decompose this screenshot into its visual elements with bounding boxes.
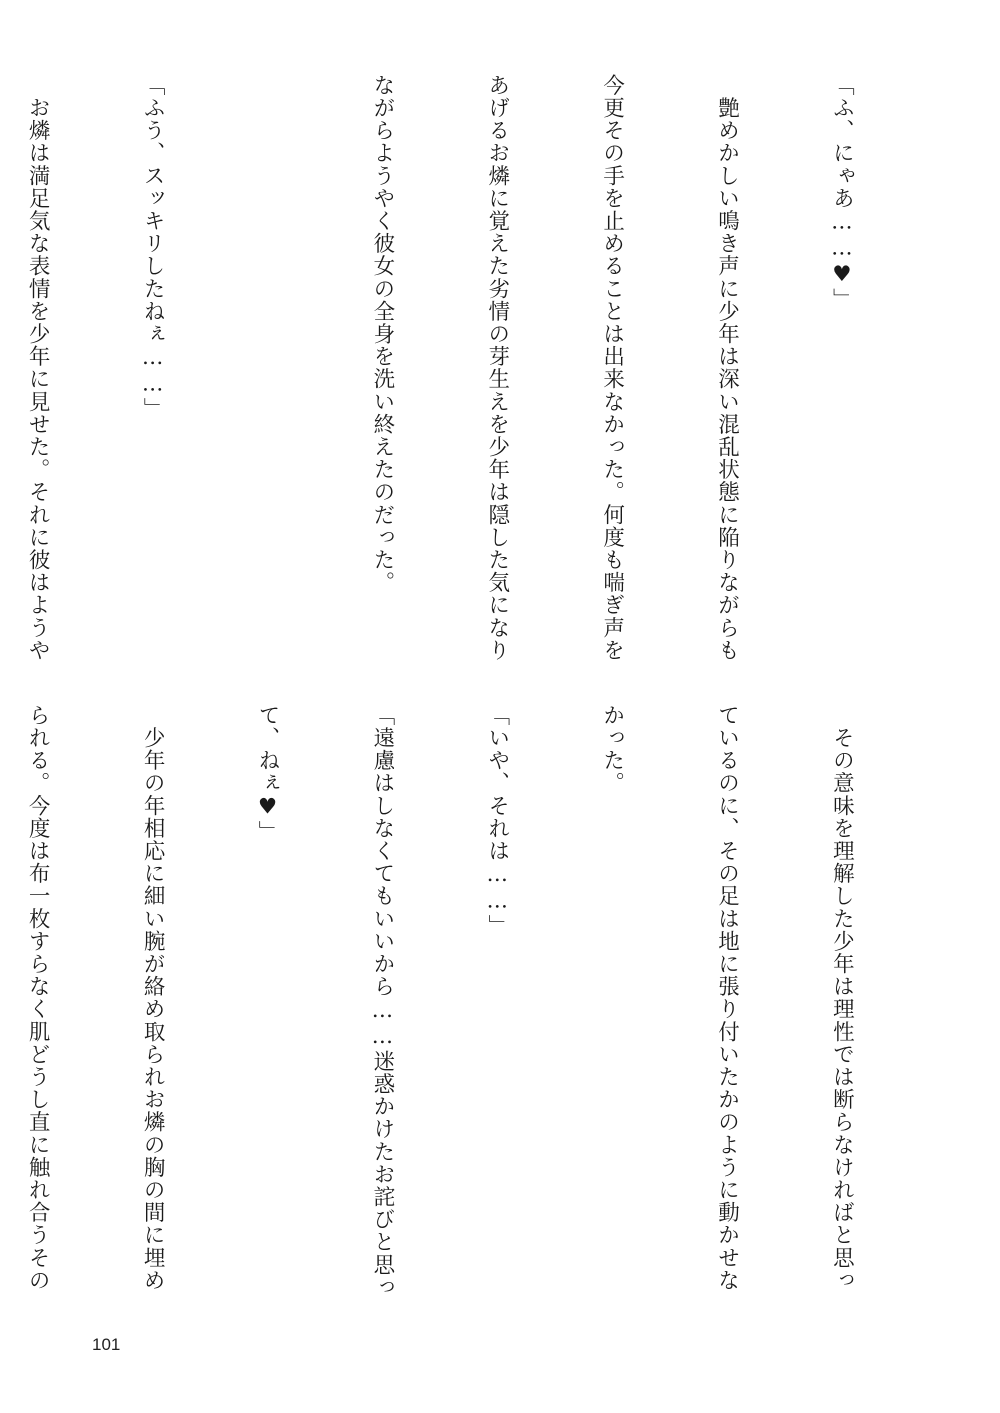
text-column: 少年の年相応に細い腕が絡め取られお燐の胸の間に埋め <box>133 704 171 1304</box>
text-column: られる。今度は布一枚すらなく肌どうし直に触れ合うその <box>18 704 56 1304</box>
text-column: 「いや、それは……」 <box>477 704 515 1304</box>
text-block-bottom: その意味を理解した少年は理性では断らなければと思っ ているのに、その足は地に張り… <box>93 704 937 1304</box>
blank-column: ​ <box>248 74 286 674</box>
text-column: 艶めかしい鳴き声に少年は深い混乱状態に陥りながらも <box>707 74 745 674</box>
text-column: ているのに、その足は地に張り付いたかのように動かせな <box>707 704 745 1304</box>
text-column: 「ふう、スッキリしたねぇ……」 <box>133 74 171 674</box>
text-column: その意味を理解した少年は理性では断らなければと思っ <box>822 704 860 1304</box>
text-column: 「ふ、にゃあ……♥」 <box>822 74 860 674</box>
text-column: あげるお燐に覚えた劣情の芽生えを少年は隠した気になり <box>477 74 515 674</box>
text-column: かった。 <box>592 704 630 1304</box>
text-block-top: 「ふ、にゃあ……♥」 艶めかしい鳴き声に少年は深い混乱状態に陥りながらも 今更そ… <box>93 74 937 674</box>
page-number: 101 <box>92 1335 120 1355</box>
text-column: 「遠慮はしなくてもいいから……迷惑かけたお詫びと思っ <box>363 704 401 1304</box>
text-column: 今更その手を止めることは出来なかった。何度も喘ぎ声を <box>592 74 630 674</box>
text-column: お燐は満足気な表情を少年に見せた。それに彼はようや <box>18 74 56 674</box>
text-column: て、ねぇ♥」 <box>248 704 286 1304</box>
text-column: ながらようやく彼女の全身を洗い終えたのだった。 <box>363 74 401 674</box>
